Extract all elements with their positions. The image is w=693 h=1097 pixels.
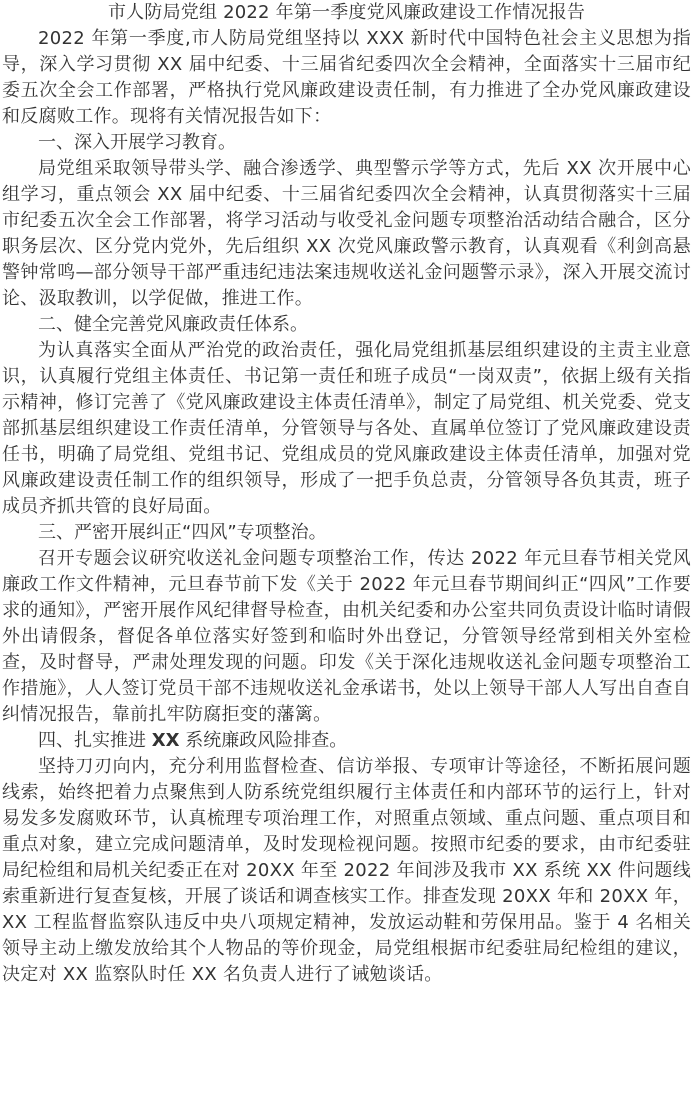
section-4-heading-pre: 四、扎实推进 [38, 730, 152, 751]
section-4-heading-bold: XX [152, 730, 180, 751]
section-4-body: 坚持刀刃向内，充分利用监督检查、信访举报、专项审计等途径，不断拓展问题线索，始终… [2, 754, 691, 988]
section-1-heading: 一、深入开展学习教育。 [2, 130, 691, 156]
section-3-heading: 三、严密开展纠正“四风”专项整治。 [2, 520, 691, 546]
section-4-heading: 四、扎实推进 XX 系统廉政风险排查。 [2, 728, 691, 754]
section-2-body: 为认真落实全面从严治党的政治责任，强化局党组抓基层组织建设的主责主业意识，认真履… [2, 338, 691, 520]
section-3-body: 召开专题会议研究收送礼金问题专项整治工作，传达 2022 年元旦春节相关党风廉政… [2, 546, 691, 728]
intro-paragraph: 2022 年第一季度,市人防局党组坚持以 XXX 新时代中国特色社会主义思想为指… [2, 26, 691, 130]
document-title: 市人防局党组 2022 年第一季度党风廉政建设工作情况报告 [2, 0, 691, 26]
document: 市人防局党组 2022 年第一季度党风廉政建设工作情况报告 2022 年第一季度… [0, 0, 693, 988]
section-4-heading-post: 系统廉政风险排查。 [180, 730, 348, 751]
section-1-body: 局党组采取领导带头学、融合渗透学、典型警示学等方式，先后 XX 次开展中心组学习… [2, 156, 691, 312]
section-2-heading: 二、健全完善党风廉政责任体系。 [2, 312, 691, 338]
